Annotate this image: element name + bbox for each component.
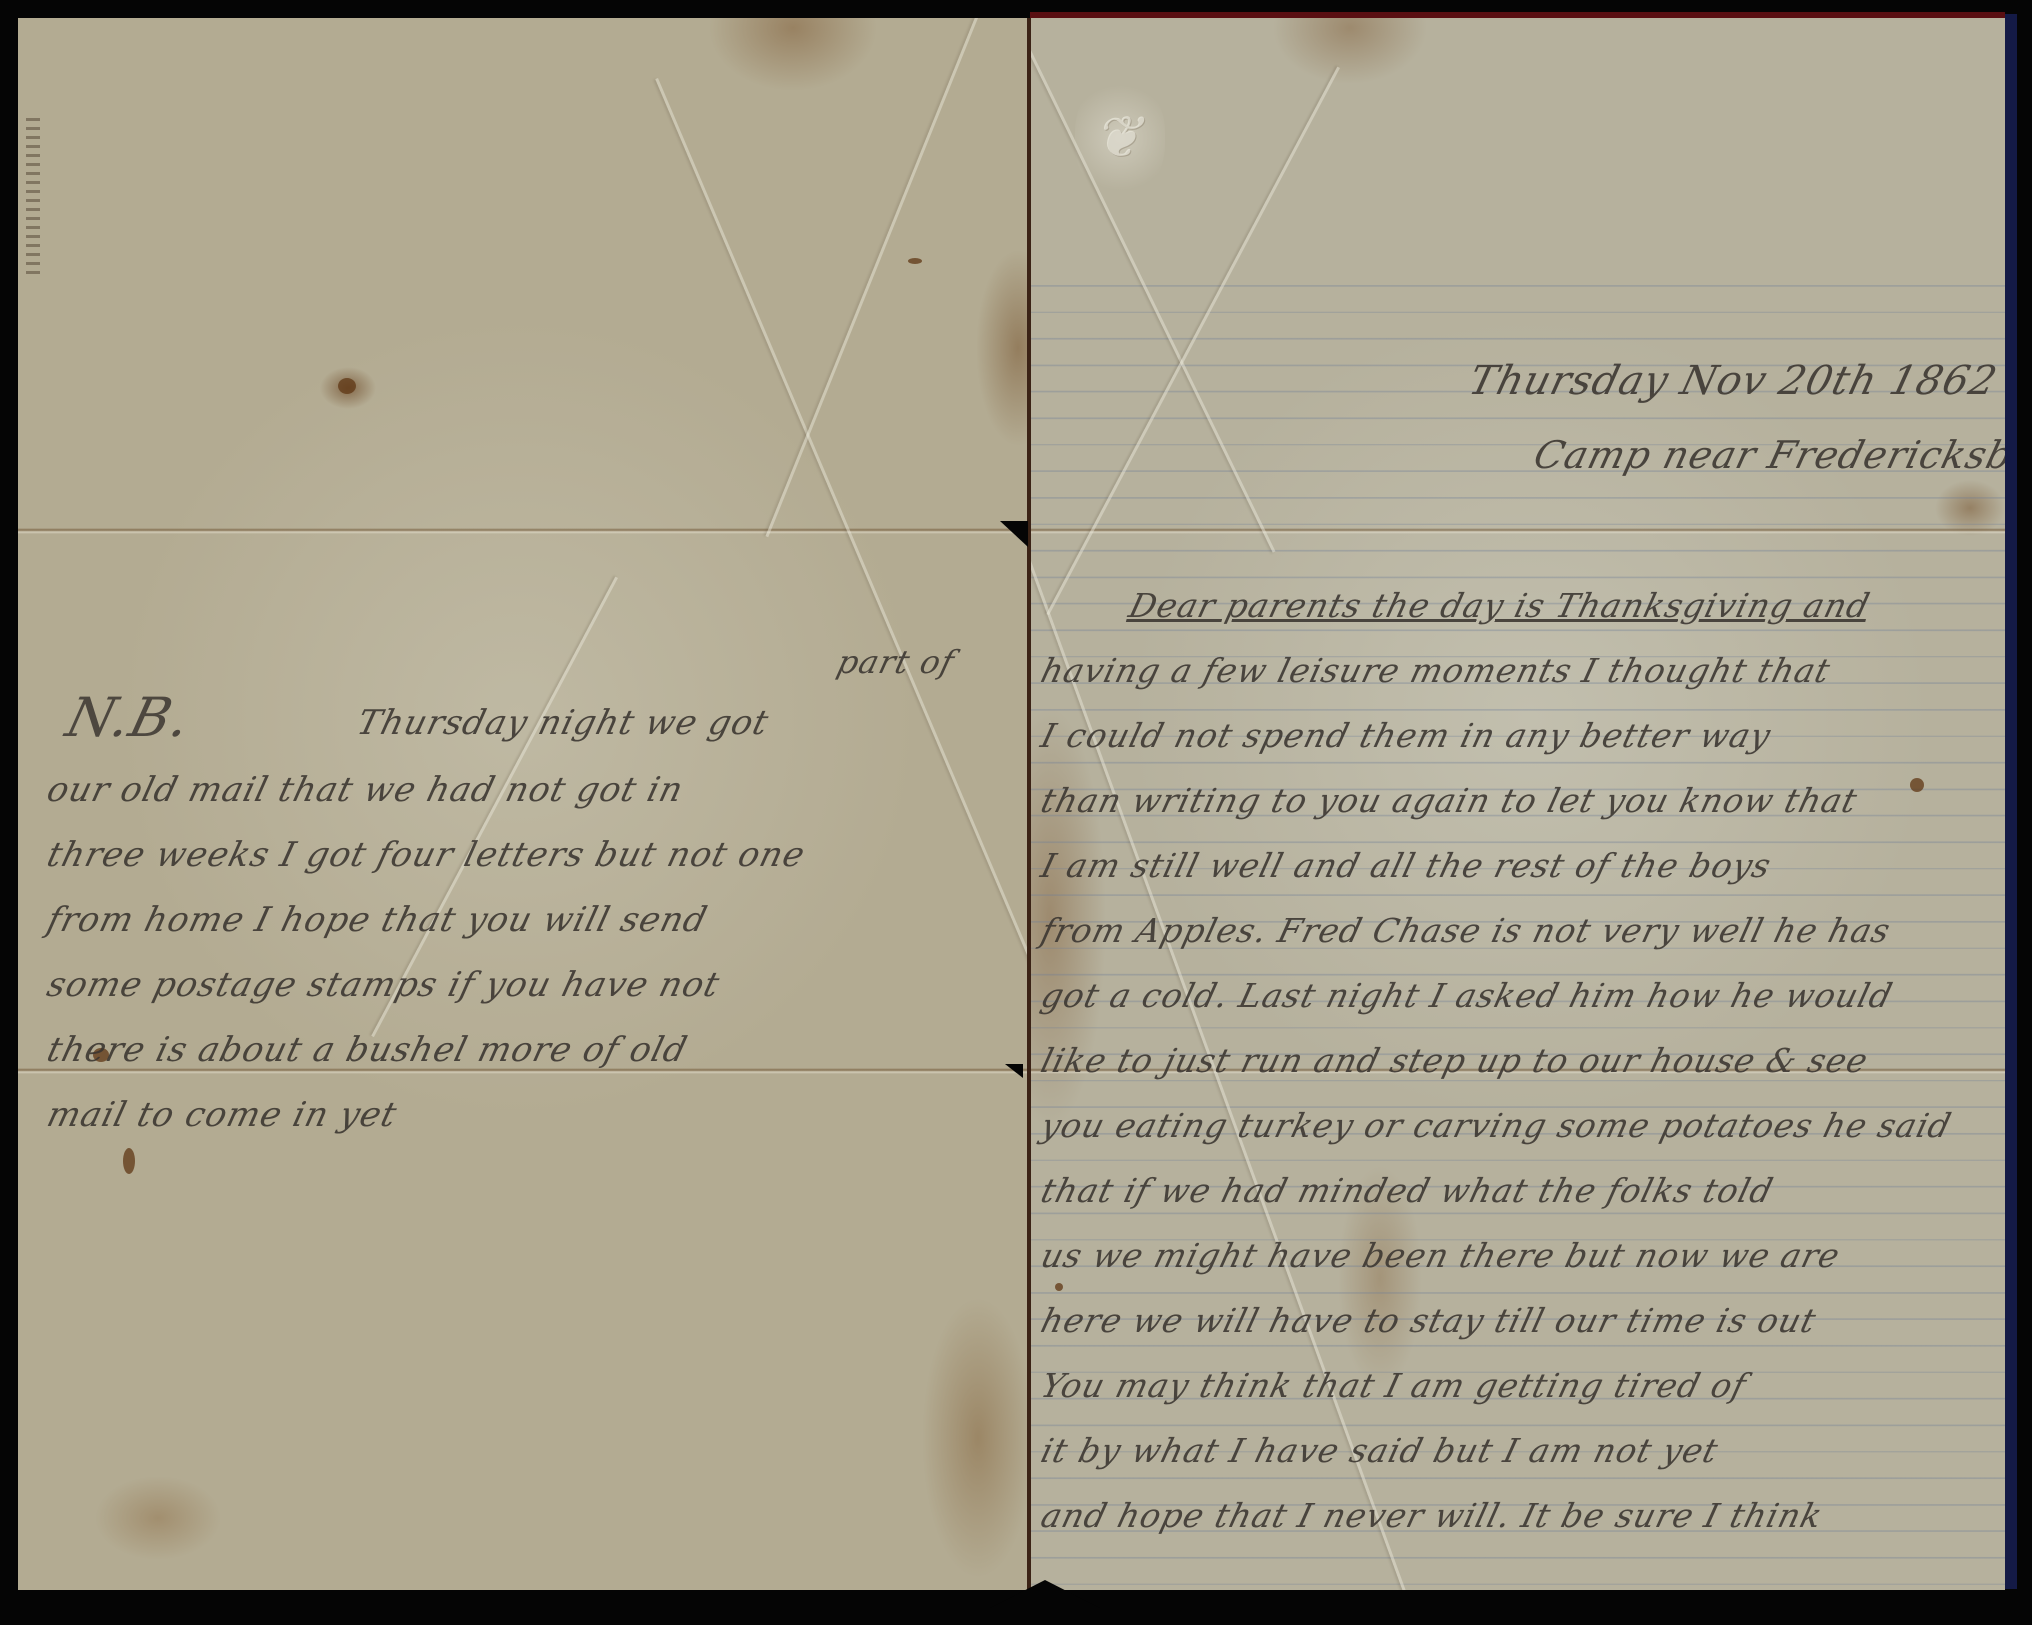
- fold-tear: [1000, 521, 1028, 547]
- letter-place: Camp near Fredericksburg: [1530, 433, 2005, 477]
- ps-line: Thursday night we got: [353, 703, 773, 743]
- ps-line: from home I hope that you will send: [43, 900, 712, 940]
- ps-heading: N.B.: [60, 686, 198, 749]
- letter-line: it by what I have said but I am not yet: [1037, 1431, 1723, 1470]
- ink-spot: [1055, 1283, 1063, 1291]
- letter-line: having a few leisure moments I thought t…: [1037, 651, 1835, 690]
- fold-tear: [1005, 1064, 1023, 1078]
- diagonal-crease: [765, 18, 978, 537]
- letter-line: us we might have been there but now we a…: [1037, 1236, 1844, 1275]
- stain-spot: [123, 1148, 135, 1174]
- bottom-edge-tear: [990, 1580, 1100, 1608]
- letter-line: You may think that I am getting tired of: [1037, 1366, 1751, 1405]
- ps-line: mail to come in yet: [43, 1095, 401, 1135]
- stain-spot: [1910, 778, 1924, 792]
- embossed-crest-icon: ❦: [1075, 78, 1165, 198]
- crest-glyph-icon: ❦: [1093, 103, 1142, 171]
- scanned-letter: part of N.B. Thursday night we got our o…: [0, 0, 2032, 1625]
- letter-line: and hope that I never will. It be sure I…: [1037, 1496, 1827, 1535]
- ink-spot: [908, 258, 922, 264]
- letter-line: you eating turkey or carving some potato…: [1037, 1106, 1956, 1145]
- letter-line: that if we had minded what the folks tol…: [1037, 1171, 1777, 1210]
- letter-line: from Apples. Fred Chase is not very well…: [1037, 911, 1895, 950]
- horizontal-fold-crease: [1030, 528, 2005, 534]
- letter-line: I am still well and all the rest of the …: [1037, 846, 1775, 885]
- right-edge-trim: [2005, 14, 2017, 1589]
- left-page: part of N.B. Thursday night we got our o…: [18, 18, 1028, 1590]
- letter-dateline: Thursday Nov 20th 1862: [1464, 358, 2002, 404]
- horizontal-fold-crease: [18, 528, 1028, 534]
- letter-line: I could not spend them in any better way: [1037, 716, 1775, 755]
- margin-marks: [26, 118, 40, 278]
- ps-line: some postage stamps if you have not: [43, 965, 724, 1005]
- letter-line: than writing to you again to let you kno…: [1037, 781, 1862, 820]
- ink-spot: [338, 378, 356, 394]
- letter-line: here we will have to stay till our time …: [1037, 1301, 1820, 1340]
- ps-line: our old mail that we had not got in: [43, 770, 688, 810]
- letter-line: got a cold. Last night I asked him how h…: [1037, 976, 1897, 1015]
- letter-line: Dear parents the day is Thanksgiving and: [1125, 586, 1874, 625]
- letter-line: like to just run and step up to our hous…: [1037, 1041, 1872, 1080]
- insertion-note: part of: [833, 643, 958, 681]
- center-spine-fold: [1027, 18, 1031, 1590]
- ps-line: there is about a bushel more of old: [43, 1030, 692, 1070]
- ps-line: three weeks I got four letters but not o…: [43, 835, 809, 875]
- right-page: ❦ Thursday Nov 20th 1862 Camp near Frede…: [1030, 18, 2005, 1590]
